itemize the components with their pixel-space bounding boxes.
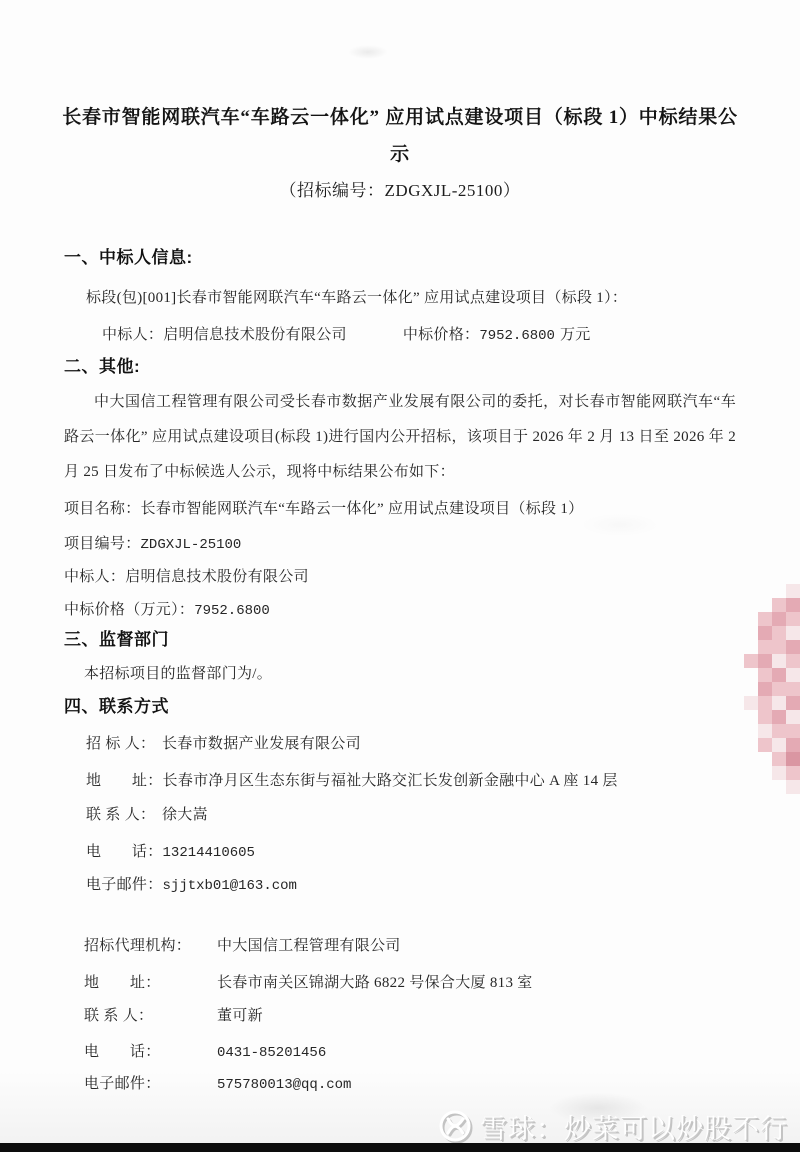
censored-stamp-mosaic	[744, 584, 800, 796]
price-label: 中标价格：	[403, 327, 480, 343]
red-scribble-icon	[784, 744, 800, 760]
awardee-row: 中标人：启明信息技术股份有限公司	[64, 567, 309, 587]
tenderer-address-label: 地 址：	[86, 771, 163, 791]
xueqiu-watermark: 雪球：炒菜可以炒股不行	[438, 1106, 788, 1146]
tenderer-contact-value: 徐大嵩	[162, 807, 208, 823]
watermark-text: 雪球：炒菜可以炒股不行	[480, 1107, 788, 1146]
award-price-label: 中标价格（万元）：	[64, 602, 194, 618]
tenderer-address-value: 长春市净月区生态东街与福祉大路交汇长发创新金融中心 A 座 14 层	[163, 773, 618, 789]
project-number-value: ZDGXJL-25100	[141, 537, 242, 553]
tenderer-name-row: 招 标 人：长春市数据产业发展有限公司	[86, 734, 361, 754]
xueqiu-logo-icon	[438, 1109, 472, 1143]
agency-email-label: 电子邮件：	[84, 1074, 217, 1094]
other-paragraph: 中大国信工程管理有限公司受长春市数据产业发展有限公司的委托，对长春市智能网联汽车…	[64, 385, 736, 490]
tenderer-contact-label: 联 系 人：	[86, 805, 162, 825]
agency-name-row: 招标代理机构：中大国信工程管理有限公司	[84, 936, 401, 956]
supervision-text: 本招标项目的监督部门为/。	[84, 664, 272, 684]
document-title-line2: 示	[0, 143, 800, 167]
document-title-line1: 长春市智能网联汽车“车路云一体化” 应用试点建设项目（标段 1）中标结果公	[0, 106, 800, 130]
price-unit: 万元	[560, 327, 591, 343]
agency-name-value: 中大国信工程管理有限公司	[217, 938, 401, 954]
awardee-label: 中标人：	[64, 569, 125, 585]
tenderer-phone-row: 电 话：13214410605	[86, 842, 255, 863]
agency-contact-label: 联 系 人：	[84, 1006, 217, 1026]
project-name-row: 项目名称：长春市智能网联汽车“车路云一体化” 应用试点建设项目（标段 1）	[64, 499, 583, 519]
agency-address-value: 长春市南关区锦湖大路 6822 号保合大厦 813 室	[217, 975, 533, 991]
tenderer-email-row: 电子邮件：sjjtxb01@163.com	[86, 875, 297, 896]
award-price-value: 7952.6800	[194, 603, 270, 619]
agency-address-row: 地 址：长春市南关区锦湖大路 6822 号保合大厦 813 室	[84, 973, 533, 993]
awardee-value: 启明信息技术股份有限公司	[125, 569, 309, 585]
agency-contact-row: 联 系 人：董可新	[84, 1006, 263, 1026]
agency-phone-row: 电 话：0431-85201456	[84, 1042, 326, 1063]
agency-phone-label: 电 话：	[84, 1042, 217, 1062]
tenderer-address-row: 地 址：长春市净月区生态东街与福祉大路交汇长发创新金融中心 A 座 14 层	[86, 771, 618, 791]
tenderer-name-label: 招 标 人：	[86, 734, 162, 754]
award-price-row: 中标价格（万元）：7952.6800	[64, 600, 270, 621]
agency-email-value: 575780013@qq.com	[217, 1077, 351, 1093]
agency-phone-value: 0431-85201456	[217, 1045, 326, 1061]
agency-name-label: 招标代理机构：	[84, 936, 217, 956]
project-name-value: 长春市智能网联汽车“车路云一体化” 应用试点建设项目（标段 1）	[141, 501, 584, 517]
tenderer-contact-row: 联 系 人：徐大嵩	[86, 805, 208, 825]
section3-heading: 三、监督部门	[64, 629, 169, 651]
winner-name: 启明信息技术股份有限公司	[163, 327, 347, 343]
section1-heading: 一、中标人信息:	[64, 247, 193, 269]
scanned-document-page: 长春市智能网联汽车“车路云一体化” 应用试点建设项目（标段 1）中标结果公 示 …	[0, 0, 800, 1152]
tender-number: （招标编号：ZDGXJL-25100）	[0, 180, 800, 202]
winner-label: 中标人：	[102, 327, 163, 343]
tenderer-email-label: 电子邮件：	[86, 875, 163, 895]
project-name-label: 项目名称：	[64, 501, 141, 517]
tenderer-phone-value: 13214410605	[163, 845, 255, 861]
project-number-row: 项目编号：ZDGXJL-25100	[64, 534, 241, 555]
tenderer-name-value: 长春市数据产业发展有限公司	[162, 736, 361, 752]
tenderer-email-value: sjjtxb01@163.com	[163, 878, 297, 894]
lot-description: 标段(包)[001]长春市智能网联汽车“车路云一体化” 应用试点建设项目（标段 …	[86, 288, 627, 308]
section2-heading: 二、其他:	[64, 356, 140, 378]
agency-address-label: 地 址：	[84, 973, 217, 993]
bottom-scan-edge-bar	[0, 1143, 800, 1152]
winner-price-row: 中标人：启明信息技术股份有限公司中标价格：7952.6800万元	[102, 325, 591, 346]
tenderer-phone-label: 电 话：	[86, 842, 163, 862]
agency-contact-value: 董可新	[217, 1008, 263, 1024]
price-group: 中标价格：7952.6800万元	[403, 327, 591, 343]
project-number-label: 项目编号：	[64, 536, 141, 552]
section4-heading: 四、联系方式	[64, 696, 169, 718]
price-value: 7952.6800	[479, 328, 555, 344]
agency-email-row: 电子邮件：575780013@qq.com	[84, 1074, 351, 1095]
